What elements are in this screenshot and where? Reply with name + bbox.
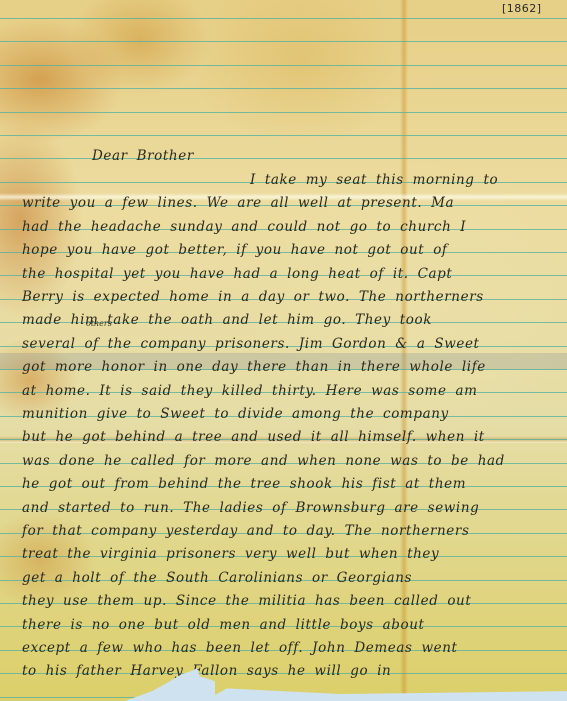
letter-page: [1862] Dear Brother others I take my sea… bbox=[0, 0, 567, 701]
letter-line: they use them up. Since the militia has … bbox=[22, 593, 562, 609]
letter-line: several of the company prisoners. Jim Go… bbox=[22, 336, 562, 352]
rule-line bbox=[0, 41, 567, 42]
letter-line: made him take the oath and let him go. T… bbox=[22, 312, 562, 328]
letter-line: got more honor in one day there than in … bbox=[22, 359, 562, 375]
salutation: Dear Brother bbox=[92, 148, 567, 164]
letter-line: Berry is expected home in a day or two. … bbox=[22, 289, 562, 305]
letter-line: I take my seat this morning to bbox=[250, 172, 567, 188]
letter-line: and started to run. The ladies of Browns… bbox=[22, 500, 562, 516]
letter-line: write you a few lines. We are all well a… bbox=[22, 195, 562, 211]
letter-line: to his father Harvey Fallon says he will… bbox=[22, 663, 562, 679]
letter-line: treat the virginia prisoners very well b… bbox=[22, 546, 562, 562]
letter-line: hope you have got better, if you have no… bbox=[22, 242, 562, 258]
rule-line bbox=[0, 135, 567, 136]
letter-line: he got out from behind the tree shook hi… bbox=[22, 476, 562, 492]
letter-line: but he got behind a tree and used it all… bbox=[22, 429, 562, 445]
letter-line: there is no one but old men and little b… bbox=[22, 617, 562, 633]
rule-line bbox=[0, 112, 567, 113]
letter-line: for that company yesterday and to day. T… bbox=[22, 523, 562, 539]
rule-line bbox=[0, 65, 567, 66]
letter-line: had the headache sunday and could not go… bbox=[22, 219, 562, 235]
year-annotation: [1862] bbox=[502, 2, 542, 15]
letter-line: at home. It is said they killed thirty. … bbox=[22, 383, 562, 399]
letter-line: except a few who has been let off. John … bbox=[22, 640, 562, 656]
letter-line: get a holt of the South Carolinians or G… bbox=[22, 570, 562, 586]
letter-line: the hospital yet you have had a long hea… bbox=[22, 266, 562, 282]
letter-line: munition give to Sweet to divide among t… bbox=[22, 406, 562, 422]
rule-line bbox=[0, 697, 567, 698]
rule-line bbox=[0, 88, 567, 89]
rule-line bbox=[0, 18, 567, 19]
letter-line: was done he called for more and when non… bbox=[22, 453, 562, 469]
